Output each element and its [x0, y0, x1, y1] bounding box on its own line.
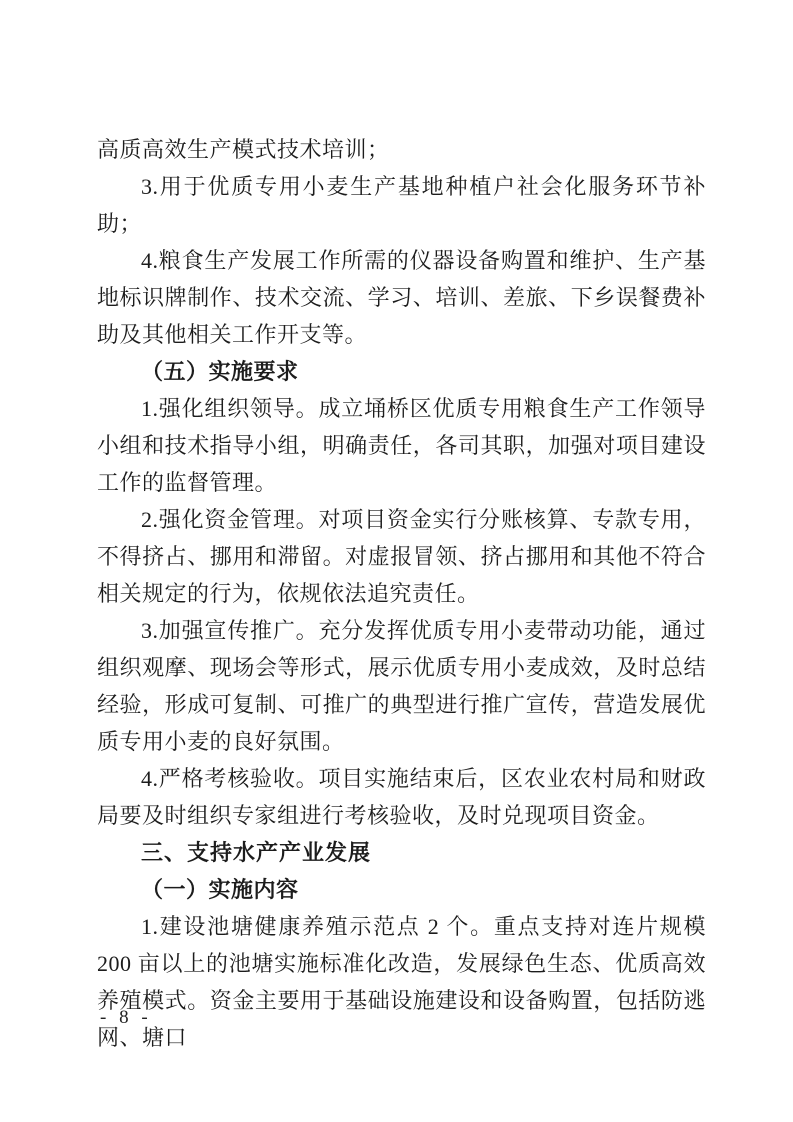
paragraph-continuation: 高质高效生产模式技术培训；: [97, 131, 706, 168]
paragraph-requirement-3: 3.加强宣传推广。充分发挥优质专用小麦带动功能，通过组织观摩、现场会等形式，展示…: [97, 612, 706, 760]
document-body: 高质高效生产模式技术培训； 3.用于优质专用小麦生产基地种植户社会化服务环节补助…: [97, 131, 706, 1056]
paragraph-requirement-4: 4.严格考核验收。项目实施结束后，区农业农村局和财政局要及时组织专家组进行考核验…: [97, 760, 706, 834]
paragraph-item-3: 3.用于优质专用小麦生产基地种植户社会化服务环节补助；: [97, 168, 706, 242]
paragraph-pond-demo-sites: 1.建设池塘健康养殖示范点 2 个。重点支持对连片规模 200 亩以上的池塘实施…: [97, 908, 706, 1056]
section-heading-1-implementation-content: （一）实施内容: [97, 871, 706, 908]
paragraph-item-4: 4.粮食生产发展工作所需的仪器设备购置和维护、生产基地标识牌制作、技术交流、学习…: [97, 242, 706, 353]
chapter-heading-3-aquaculture-support: 三、支持水产产业发展: [97, 834, 706, 871]
document-page: 高质高效生产模式技术培训； 3.用于优质专用小麦生产基地种植户社会化服务环节补助…: [0, 0, 793, 1122]
paragraph-requirement-1: 1.强化组织领导。成立埇桥区优质专用粮食生产工作领导小组和技术指导小组，明确责任…: [97, 390, 706, 501]
paragraph-requirement-2: 2.强化资金管理。对项目资金实行分账核算、专款专用，不得挤占、挪用和滞留。对虚报…: [97, 501, 706, 612]
section-heading-5-implementation-requirements: （五）实施要求: [97, 353, 706, 390]
page-number: - 8 -: [100, 1006, 152, 1030]
